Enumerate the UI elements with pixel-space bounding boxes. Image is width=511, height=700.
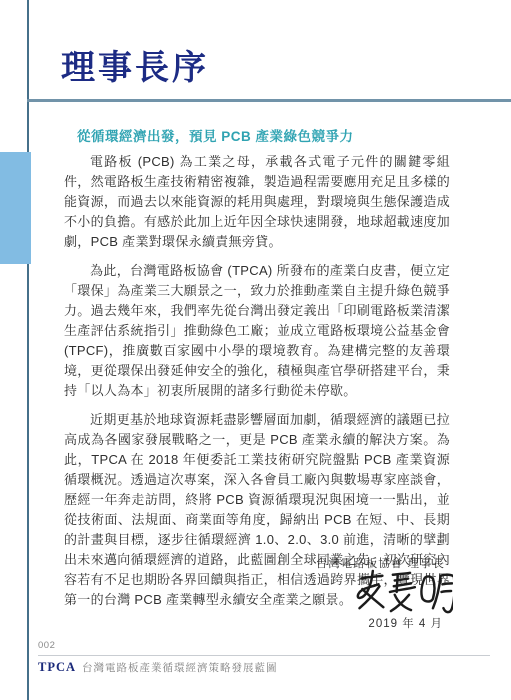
- footer-org-abbr: TPCA: [38, 660, 76, 674]
- paragraph-2: 為此，台灣電路板協會 (TPCA) 所發布的產業白皮書，便立定「環保」為產業三大…: [64, 261, 450, 401]
- chairman-signature: [348, 566, 453, 616]
- paragraph-1: 電路板 (PCB) 為工業之母，承載各式電子元件的關鍵零組件，然電路板生產技術精…: [64, 152, 450, 252]
- report-page: 理事長序 從循環經濟出發，預見 PCB 產業綠色競爭力 電路板 (PCB) 為工…: [0, 0, 511, 700]
- footer-divider: [38, 655, 490, 656]
- page-title: 理事長序: [61, 48, 209, 89]
- page-number: 002: [38, 640, 55, 651]
- footer-doc-name: 台灣電路板產業循環經濟策略發展藍圖: [82, 662, 278, 674]
- footer-doc-title: TPCA台灣電路板產業循環經濟策略發展藍圖: [38, 660, 278, 675]
- left-margin-line: [27, 0, 29, 700]
- chapter-edge-tab: [0, 152, 31, 264]
- signature-date: 2019 年 4 月: [368, 615, 443, 631]
- preface-body: 從循環經濟出發，預見 PCB 產業綠色競爭力 電路板 (PCB) 為工業之母，承…: [64, 125, 450, 619]
- title-divider: [27, 99, 511, 102]
- section-subtitle: 從循環經濟出發，預見 PCB 產業綠色競爭力: [77, 125, 450, 145]
